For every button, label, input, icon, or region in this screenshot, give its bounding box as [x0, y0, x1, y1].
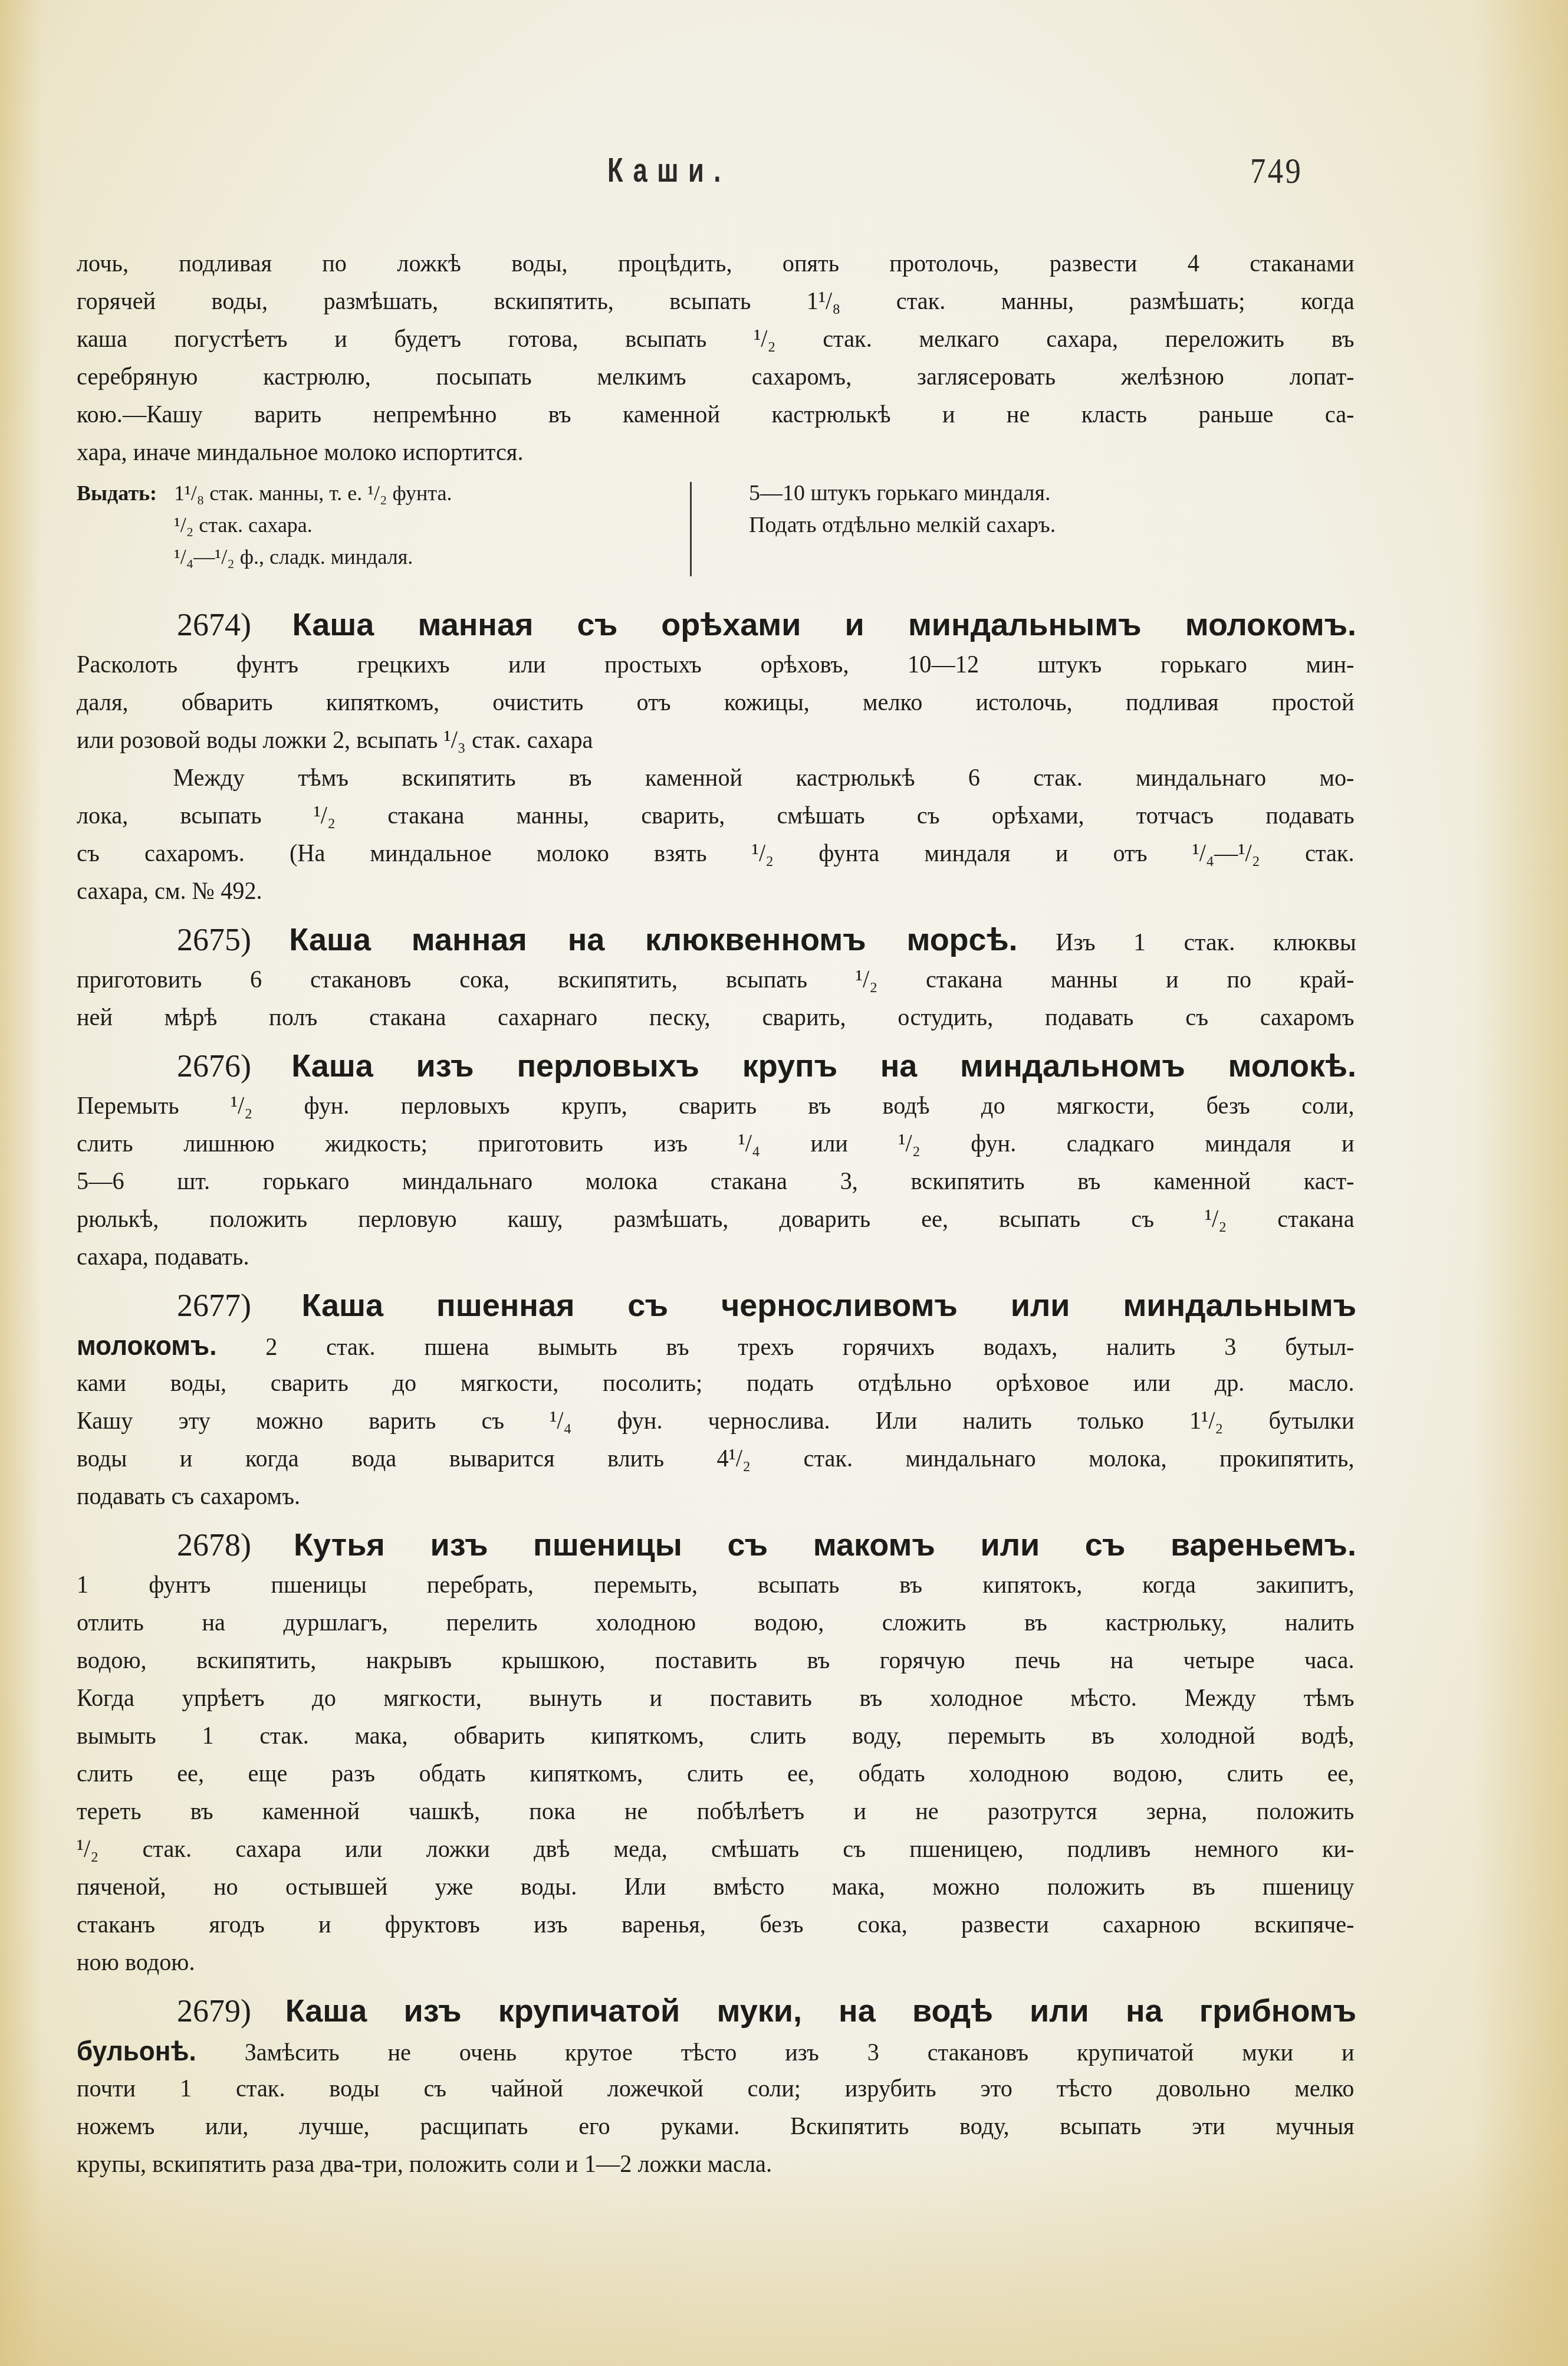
recipe-2679: 2679) Каша изъ крупичатой муки, на водѣ …	[77, 1990, 1356, 2183]
text-line: хара, иначе миндальное молоко испортится…	[77, 434, 1355, 471]
recipe-number: 2674)	[177, 607, 251, 642]
text-line: Перемыть ¹/₂ фун. перловыхъ крупъ, свари…	[77, 1087, 1355, 1125]
text-line: стаканъ ягодъ и фруктовъ изъ варенья, бе…	[77, 1906, 1355, 1944]
recipe-number: 2678)	[177, 1527, 251, 1563]
ration-right-column: 5—10 штукъ горькаго миндаля. Подать отдѣ…	[749, 477, 1056, 541]
text-line: ножемъ или, лучше, расщипать его руками.…	[77, 2108, 1355, 2145]
text-line: слить лишнюю жидкость; приготовить изъ ¹…	[77, 1125, 1355, 1163]
text-line: рюлькѣ, положить перловую кашу, размѣшат…	[77, 1200, 1355, 1238]
text-line: каша погустѣетъ и будетъ готова, всыпать…	[77, 320, 1355, 358]
text-line: съ сахаромъ. (На миндальное молоко взять…	[77, 835, 1355, 872]
ration-label: Выдать:	[77, 477, 157, 509]
recipe-heading: 2679) Каша изъ крупичатой муки, на водѣ …	[77, 1990, 1356, 2032]
text-line: 5—6 шт. горькаго миндальнаго молока стак…	[77, 1163, 1355, 1200]
text-line: Между тѣмъ вскипятить въ каменной кастрю…	[77, 759, 1355, 797]
text-line: Расколоть фунтъ грецкихъ или простыхъ ор…	[77, 646, 1355, 684]
text-line: тереть въ каменной чашкѣ, пока не побѣлѣ…	[77, 1793, 1355, 1830]
text-line: крупы, вскипятить раза два-три, положить…	[77, 2145, 1355, 2183]
ration-item: 5—10 штукъ горькаго миндаля.	[749, 477, 1056, 509]
text-line: сахара, подавать.	[77, 1238, 1355, 1276]
text-line: или розовой воды ложки 2, всыпать ¹/₃ ст…	[77, 721, 1355, 759]
text-line: ною водою.	[77, 1944, 1355, 1981]
recipe-title: Кутья изъ пшеницы съ макомъ или съ варен…	[294, 1527, 1356, 1563]
recipe-heading: 2677) Каша пшенная съ черносливомъ или м…	[77, 1284, 1356, 1327]
ration-left-column: 1¹/₈ стак. манны, т. е. ¹/₂ фунта. ¹/₂ с…	[174, 477, 452, 573]
recipe-title: Каша манная на клюквенномъ морсѣ.	[289, 922, 1017, 957]
page-number: 749	[1250, 150, 1303, 192]
text-line: водою, вскипятить, накрывъ крышкою, пост…	[77, 1642, 1355, 1679]
text-line: даля, обварить кипяткомъ, очистить отъ к…	[77, 684, 1355, 721]
text-line: кою.—Кашу варить непремѣнно въ каменной …	[77, 396, 1355, 434]
recipe-title: Каша пшенная съ черносливомъ или миндаль…	[301, 1288, 1356, 1323]
text-line: воды и когда вода выварится влить 4¹/₂ с…	[77, 1440, 1355, 1478]
text-line: почти 1 стак. воды съ чайной ложечкой со…	[77, 2070, 1355, 2108]
text-line: молокомъ. 2 стак. пшена вымыть въ трехъ …	[77, 1327, 1355, 1364]
recipe-number: 2679)	[177, 1993, 251, 2029]
recipe-title: Каша изъ крупичатой муки, на водѣ или на…	[285, 1993, 1356, 2029]
ration-item: ¹/₂ стак. сахара.	[174, 509, 452, 541]
text-line: бульонѣ. Замѣсить не очень крутое тѣсто …	[77, 2032, 1355, 2070]
running-title: Каши.	[607, 150, 731, 190]
text-line: Когда упрѣетъ до мягкости, вынуть и пост…	[77, 1679, 1355, 1717]
text-line: горячей воды, размѣшать, вскипятить, всы…	[77, 283, 1355, 320]
text-line: лока, всыпать ¹/₂ стакана манны, сварить…	[77, 797, 1355, 835]
recipe-2674: 2674) Каша манная съ орѣхами и миндальны…	[77, 603, 1356, 910]
recipe-heading: 2676) Каша изъ перловыхъ крупъ на миндал…	[77, 1045, 1356, 1087]
ration-item: ¹/₄—¹/₂ ф., сладк. миндаля.	[174, 541, 452, 573]
continuation-paragraph: лочь, подливая по ложкѣ воды, процѣдить,…	[77, 245, 1356, 471]
recipe-title: Каша манная съ орѣхами и миндальнымъ мол…	[292, 607, 1356, 642]
recipe-2676: 2676) Каша изъ перловыхъ крупъ на миндал…	[77, 1045, 1356, 1276]
page-header: Каши. 749	[0, 150, 1568, 198]
text-line: вымыть 1 стак. мака, обварить кипяткомъ,…	[77, 1717, 1355, 1755]
recipe-2675: 2675) Каша манная на клюквенномъ морсѣ. …	[77, 918, 1356, 1036]
recipe-text-start: Изъ 1 стак. клюквы	[1056, 929, 1356, 956]
text-line: отлить на дуршлагъ, перелить холодною во…	[77, 1604, 1355, 1642]
recipe-text-start: Замѣсить не очень крутое тѣсто изъ 3 ста…	[245, 2039, 1355, 2066]
paper-stain-right	[1474, 0, 1568, 2366]
recipe-text-start: 2 стак. пшена вымыть въ трехъ горячихъ в…	[265, 1334, 1354, 1361]
text-column: лочь, подливая по ложкѣ воды, процѣдить,…	[77, 245, 1356, 2183]
text-line: серебряную кастрюлю, посыпать мелкимъ са…	[77, 358, 1355, 396]
recipe-number: 2677)	[177, 1288, 251, 1323]
ration-block: Выдать: 1¹/₈ стак. манны, т. е. ¹/₂ фунт…	[77, 477, 1356, 595]
recipe-title-continuation: молокомъ.	[77, 1330, 216, 1361]
recipe-heading: 2678) Кутья изъ пшеницы съ макомъ или съ…	[77, 1524, 1356, 1566]
recipe-heading: 2674) Каша манная съ орѣхами и миндальны…	[77, 603, 1356, 646]
recipe-heading: 2675) Каша манная на клюквенномъ морсѣ. …	[77, 918, 1356, 961]
text-line: сахара, см. № 492.	[77, 872, 1355, 910]
text-line: подавать съ сахаромъ.	[77, 1478, 1355, 1515]
ration-item: Подать отдѣльно мелкій сахаръ.	[749, 509, 1056, 541]
text-line: слить ее, еще разъ обдать кипяткомъ, сли…	[77, 1755, 1355, 1793]
ration-item: 1¹/₈ стак. манны, т. е. ¹/₂ фунта.	[174, 477, 452, 509]
text-line: 1 фунтъ пшеницы перебрать, перемыть, всы…	[77, 1566, 1355, 1604]
recipe-2677: 2677) Каша пшенная съ черносливомъ или м…	[77, 1284, 1356, 1515]
recipe-title: Каша изъ перловыхъ крупъ на миндальномъ …	[291, 1048, 1356, 1084]
text-line: приготовить 6 стакановъ сока, вскипятить…	[77, 961, 1355, 999]
text-line: ками воды, сварить до мягкости, посолить…	[77, 1364, 1355, 1402]
paper-stain-left	[0, 0, 41, 2366]
ration-divider	[690, 482, 692, 576]
text-line: пяченой, но остывшей уже воды. Или вмѣст…	[77, 1868, 1355, 1906]
text-line: лочь, подливая по ложкѣ воды, процѣдить,…	[77, 245, 1355, 283]
text-line: ¹/₂ стак. сахара или ложки двѣ меда, смѣ…	[77, 1830, 1355, 1868]
recipe-2678: 2678) Кутья изъ пшеницы съ макомъ или съ…	[77, 1524, 1356, 1981]
text-line: Кашу эту можно варить съ ¹/₄ фун. чернос…	[77, 1402, 1355, 1440]
recipe-number: 2676)	[177, 1048, 251, 1084]
recipe-title-continuation: бульонѣ.	[77, 2036, 196, 2066]
text-line: ней мѣрѣ полъ стакана сахарнаго песку, с…	[77, 999, 1355, 1036]
recipe-number: 2675)	[177, 922, 251, 957]
